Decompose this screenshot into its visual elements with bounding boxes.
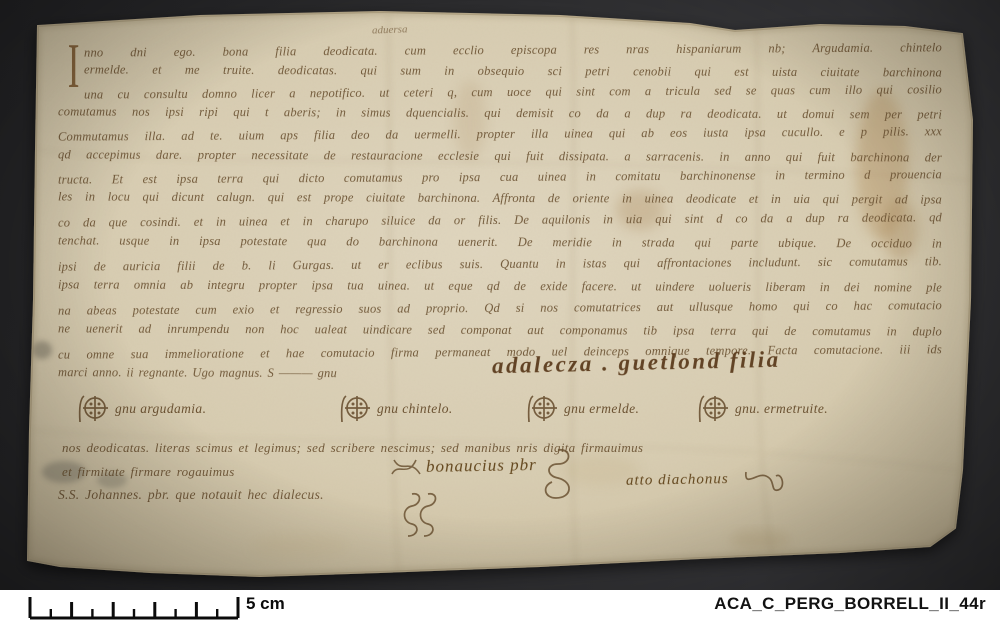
pen-flourish-icon [538,446,578,502]
witness-signature: bonaucius pbr [426,455,537,477]
pen-flourish-icon [388,452,424,482]
interlinear-addition: aduersa [372,23,408,36]
digitized-parchment-view: aduersa I nno dni ego. bona filia deodic… [0,0,1000,622]
signum-label: gnu. ermetruite. [735,401,828,417]
signum-entry: gnu chintelo. [338,394,453,424]
signum-entry: gnu argudamia. [76,394,206,424]
reference-label: ACA_C_PERG_BORRELL_II_44r [714,594,986,614]
scale-bar [28,594,240,620]
scale-bar-label: 5 cm [246,594,285,614]
manuscript-line: les in locu qui dicunt calugn. qui est p… [58,186,942,210]
pen-flourish-icon [742,462,788,496]
footer-strip: 5 cm ACA_C_PERG_BORRELL_II_44r [0,590,1000,622]
drop-cap-initial: I [68,34,80,98]
signum-cross-icon [76,394,110,424]
signum-cross-icon [696,394,730,424]
manuscript-line: tenchat. usque in ipsa potestate qua do … [58,230,942,254]
signum-entry: gnu. ermetruite. [696,394,828,424]
signum-label: gnu chintelo. [377,401,453,417]
signum-cross-icon [525,394,559,424]
signum-label: gnu argudamia. [115,401,206,417]
manuscript-line: marci anno. ii regnante. Ugo magnus. S —… [58,362,528,385]
photo-background: aduersa I nno dni ego. bona filia deodic… [0,0,1000,590]
pen-flourish-icon [398,490,448,540]
closing-line: et firmitate firmare rogauimus [62,464,402,480]
notary-line: S.S. Johannes. pbr. que notauit hec dial… [58,487,428,503]
signum-entry: gnu ermelde. [525,394,639,424]
signum-cross-icon [338,394,372,424]
manuscript-line: ne uenerit ad inrumpendu non hoc ualeat … [58,318,942,342]
witness-signature: atto diachonus [626,471,729,490]
signum-label: gnu ermelde. [564,401,639,417]
manuscript-line: ipsa terra omnia ab integru propter ipsa… [58,274,942,298]
